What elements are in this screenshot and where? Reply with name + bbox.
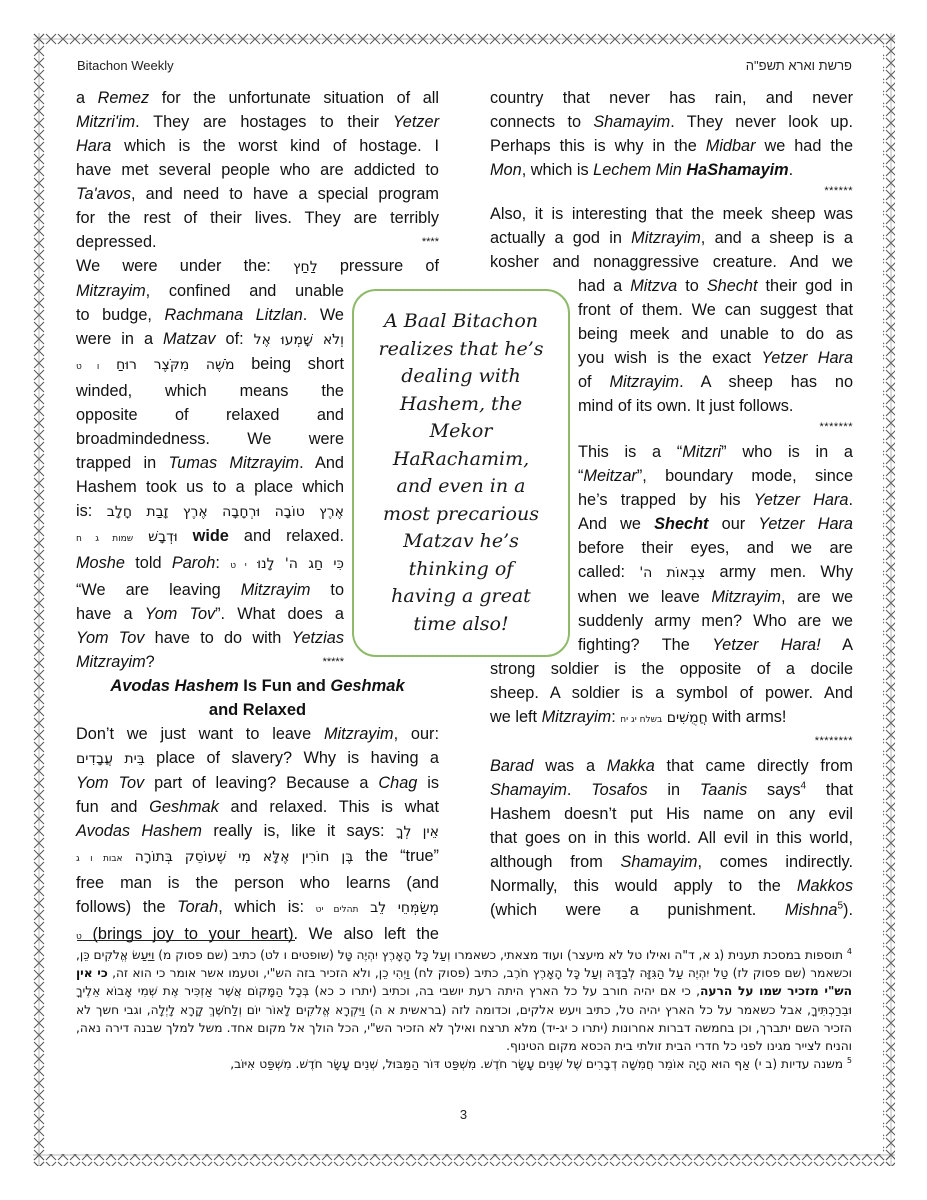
section-heading: Avodas Hashem Is Fun and Geshmak and Rel… [76,674,439,722]
right-column: country that never has rain, and never c… [490,86,853,922]
paragraph: Barad was a Makka that came directly fro… [490,754,853,922]
page-header: Bitachon Weekly פרשת וארא תשפ"ה [77,58,852,76]
paragraph: a Remez for the unfortunate situation of… [76,86,439,254]
paragraph: Don’t we just want to leave Mitzrayim, o… [76,722,439,949]
section-separator: ****** [490,182,853,200]
footnote-4: 4 תוספות במסכת תענית (ג א, ד"ה ואילו טל … [76,946,852,1055]
page-number: 3 [0,1107,927,1122]
section-separator: ***** [323,650,344,674]
footnotes: 4 תוספות במסכת תענית (ג א, ד"ה ואילו טל … [76,946,852,1073]
section-separator: **** [422,230,439,254]
parsha-title: פרשת וארא תשפ"ה [746,58,852,73]
publication-title: Bitachon Weekly [77,58,174,73]
section-separator: ******* [578,418,853,436]
paragraph: country that never has rain, and never c… [490,86,853,200]
paragraph: Also, it is interesting that the meek sh… [490,202,853,750]
footnote-5: 5 משנה עדיות (ב י) אַף הוּא הָיָה אוֹמֵר… [76,1055,852,1073]
footnote-separator [77,940,295,941]
section-separator: ******** [490,732,853,750]
